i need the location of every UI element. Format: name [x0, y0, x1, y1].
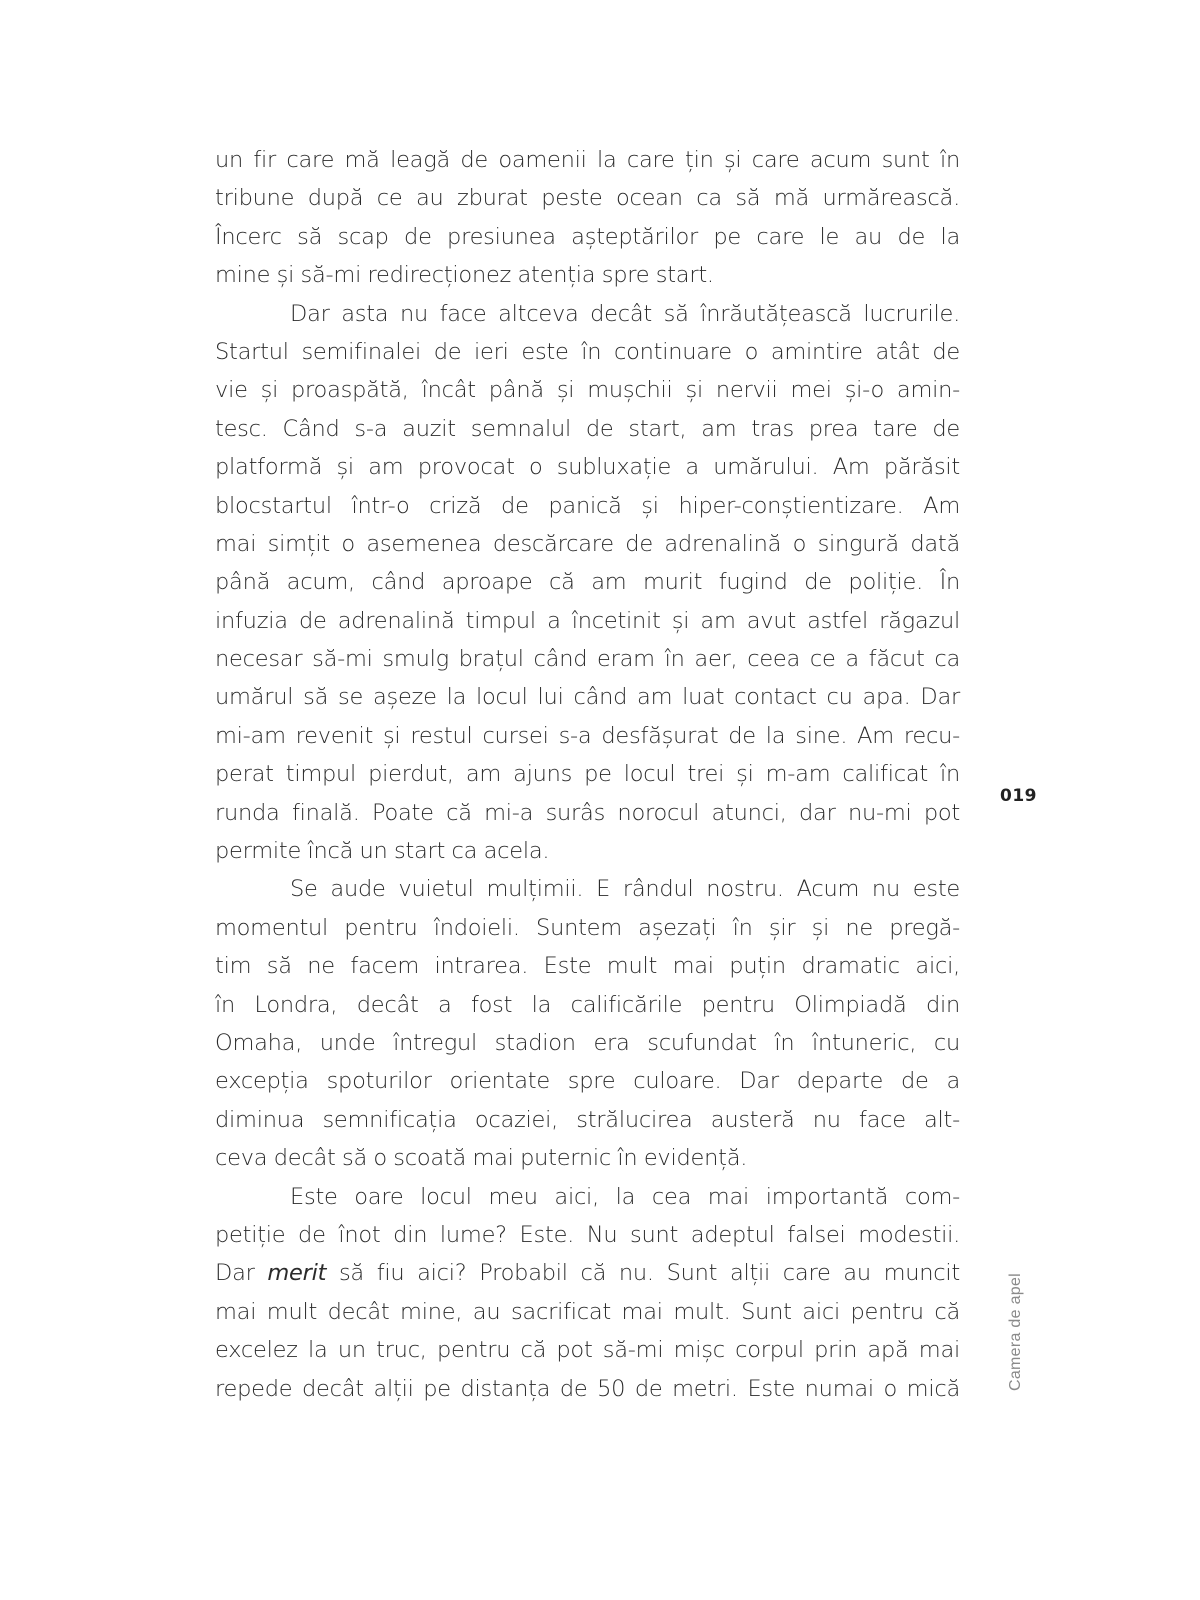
text-line: infuzia de adrenalină timpul a încetinit…: [215, 602, 960, 640]
text-line: runda finală. Poate că mi-a surâs norocu…: [215, 794, 960, 832]
text-line: permite încă un start ca acela.: [215, 832, 975, 870]
text-line: umărul să se așeze la locul lui când am …: [215, 678, 960, 716]
body-text: un fir care mă leagă de oamenii la care …: [215, 141, 975, 1408]
page-number: 019: [1000, 786, 1037, 806]
text-line: mai simțit o asemenea descărcare de adre…: [215, 525, 960, 563]
text-line: perat timpul pierdut, am ajuns pe locul …: [215, 755, 960, 793]
paragraph-start-line: Dar asta nu face altceva decât să înrăut…: [215, 295, 960, 333]
text-line: tribune după ce au zburat peste ocean ca…: [215, 179, 960, 217]
text-line: platformă și am provocat o subluxație a …: [215, 448, 960, 486]
text-line: mi-am revenit și restul cursei s-a desfă…: [215, 717, 960, 755]
text-line: excelez la un truc, pentru că pot să-mi …: [215, 1331, 960, 1369]
text-line: Încerc să scap de presiunea așteptărilor…: [215, 218, 960, 256]
text-line: vie și proaspătă, încât până și mușchii …: [215, 371, 960, 409]
text-line: mai mult decât mine, au sacrificat mai m…: [215, 1293, 960, 1331]
text-line: până acum, când aproape că am murit fugi…: [215, 563, 960, 601]
text-line: mine și să-mi redirecționez atenția spre…: [215, 256, 975, 294]
paragraph-start-line: Este oare locul meu aici, la cea mai imp…: [215, 1178, 960, 1216]
text-line: diminua semnificația ocaziei, strălucire…: [215, 1101, 960, 1139]
text-line: petiție de înot din lume? Este. Nu sunt …: [215, 1216, 960, 1254]
text-line: tesc. Când s-a auzit semnalul de start, …: [215, 410, 960, 448]
book-page: un fir care mă leagă de oamenii la care …: [0, 0, 1200, 1600]
text-line: momentul pentru îndoieli. Suntem așezați…: [215, 909, 960, 947]
running-head-chapter-title: Camera de apel: [1007, 1273, 1025, 1391]
paragraph-start-line: Se aude vuietul mulțimii. E rândul nostr…: [215, 870, 960, 908]
text-line: excepția spoturilor orientate spre culoa…: [215, 1062, 960, 1100]
text-line: în Londra, decât a fost la calificările …: [215, 986, 960, 1024]
emphasis-text: merit: [267, 1260, 326, 1286]
text-line: un fir care mă leagă de oamenii la care …: [215, 141, 960, 179]
text-line: Dar merit să fiu aici? Probabil că nu. S…: [215, 1254, 960, 1292]
text-line: necesar să-mi smulg brațul când eram în …: [215, 640, 960, 678]
text-line: blocstartul într-o criză de panică și hi…: [215, 487, 960, 525]
text-line: Startul semifinalei de ieri este în cont…: [215, 333, 960, 371]
text-line: Omaha, unde întregul stadion era scufund…: [215, 1024, 960, 1062]
text-line: tim să ne facem intrarea. Este mult mai …: [215, 947, 960, 985]
text-fragment: Dar: [215, 1260, 267, 1286]
text-fragment: să fiu aici? Probabil că nu. Sunt alții …: [326, 1260, 960, 1286]
text-line: repede decât alții pe distanța de 50 de …: [215, 1370, 960, 1408]
text-line: ceva decât să o scoată mai puternic în e…: [215, 1139, 975, 1177]
